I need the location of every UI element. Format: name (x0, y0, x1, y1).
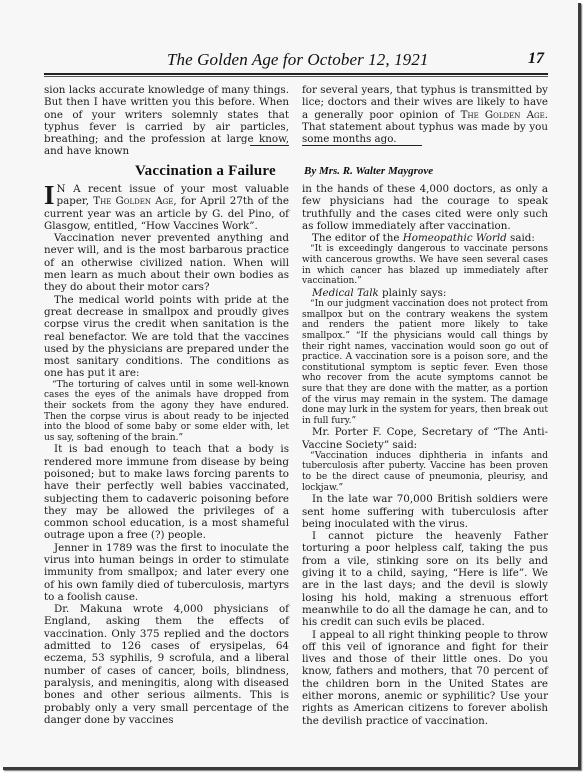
block-quote: “The torturing of calves until in some w… (44, 380, 289, 444)
continued-text-right: for several years, that typhus is transm… (302, 84, 548, 145)
paragraph: It is bad enough to teach that a body is… (44, 443, 289, 541)
paragraph: Jenner in 1789 was the first to inoculat… (44, 542, 289, 603)
paragraph: Medical Talk plainly says: (302, 287, 548, 299)
block-quote: “In our judgment vaccination does not pr… (302, 299, 548, 426)
running-head: The Golden Age for October 12, 1921 17 (40, 50, 548, 68)
continued-text-left: sion lacks accurate knowledge of many th… (44, 84, 289, 158)
article-column-right: in the hands of these 4,000 doctors, as … (302, 183, 548, 727)
header-rule-thin (44, 76, 548, 77)
section-divider (250, 145, 289, 146)
continued-column-right: for several years, that typhus is transm… (302, 84, 548, 145)
paragraph: in the hands of these 4,000 doctors, as … (302, 183, 548, 232)
article-column-left: IN A recent issue of your most valuable … (44, 183, 289, 726)
block-quote: “Vaccination induces diphtheria in infan… (302, 451, 548, 493)
block-quote: “It is exceedingly dangerous to vaccinat… (302, 244, 548, 286)
paragraph: Mr. Porter F. Cope, Secretary of “The An… (302, 426, 548, 451)
paragraph: The editor of the Homeopathic World said… (302, 232, 548, 244)
running-title: The Golden Age for October 12, 1921 (167, 50, 428, 70)
section-divider-right (302, 145, 422, 146)
paragraph: I appeal to all right thinking people to… (302, 629, 548, 727)
header-rule (44, 73, 548, 75)
drop-cap: I (44, 184, 55, 206)
newspaper-page: The Golden Age for October 12, 1921 17 s… (0, 0, 578, 767)
publication-title: Homeopathic World (403, 232, 507, 244)
publication-name: The Golden Age (93, 195, 173, 207)
page-number: 17 (528, 50, 544, 68)
paragraph-intro: IN A recent issue of your most valuable … (44, 183, 289, 232)
article-title: Vaccination a Failure (135, 163, 276, 180)
paragraph: I cannot picture the heavenly Father tor… (302, 530, 548, 628)
paragraph: Dr. Makuna wrote 4,000 physicians of Eng… (44, 603, 289, 726)
article-byline: By Mrs. R. Walter Maygrove (304, 165, 433, 177)
paragraph: The medical world points with pride at t… (44, 294, 289, 380)
publication-title: Medical Talk (312, 287, 379, 299)
publication-name: The Golden Age (461, 109, 545, 121)
paragraph: In the late war 70,000 British soldiers … (302, 493, 548, 530)
continued-column-left: sion lacks accurate knowledge of many th… (44, 84, 289, 158)
paragraph: Vaccination never prevented anything and… (44, 232, 289, 293)
